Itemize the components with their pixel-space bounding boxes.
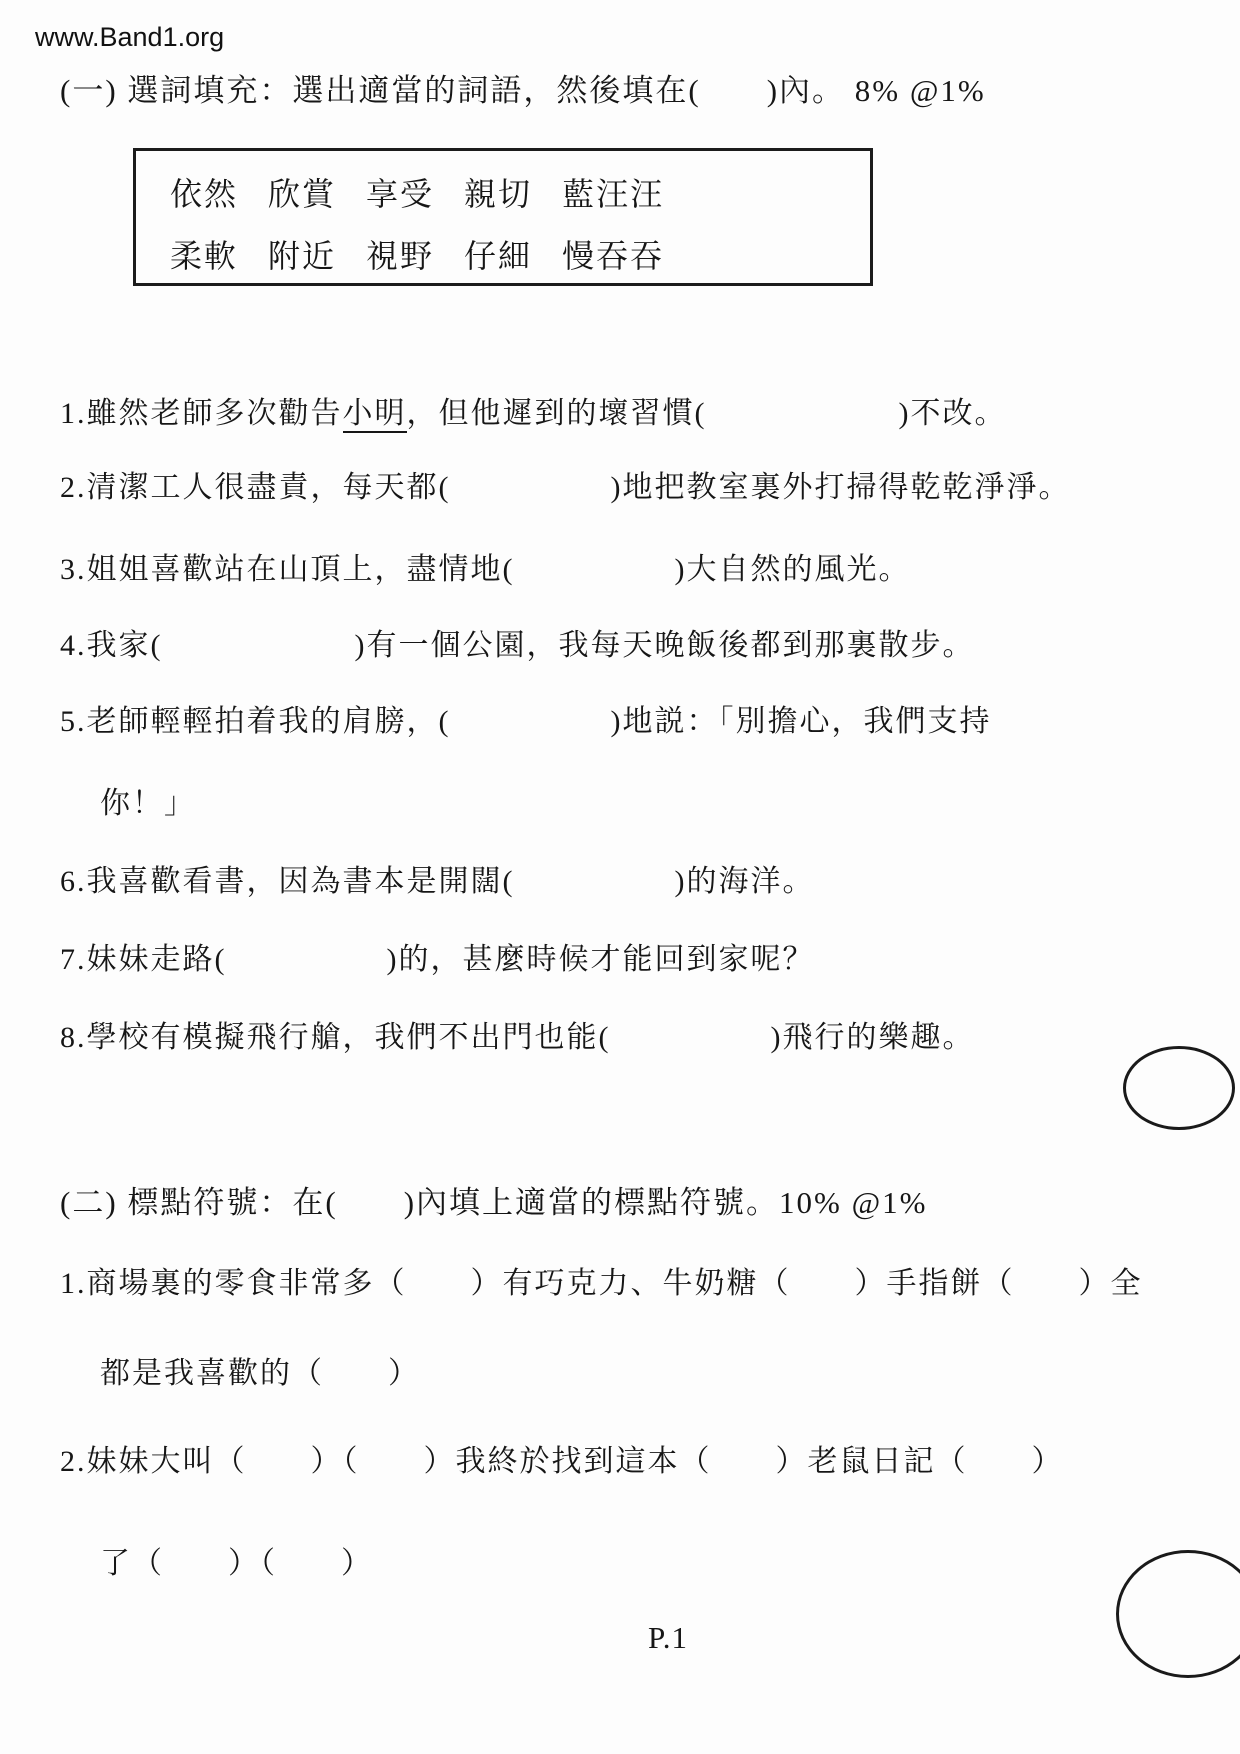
- question-6: 6.我喜歡看書，因為書本是開闊( )的海洋。: [60, 864, 814, 900]
- page-number: P.1: [648, 1620, 688, 1656]
- worksheet-page: www.Band1.org (一) 選詞填充：選出適當的詞語，然後填在( )內。…: [0, 0, 1240, 1754]
- word-bank-box: 依然 欣賞 享受 親切 藍汪汪 柔軟 附近 視野 仔細 慢吞吞: [133, 148, 873, 286]
- word-bank-word: 親切: [464, 169, 532, 215]
- section2-question-1-line-1: 1.商場裏的零食非常多（ ）有巧克力、牛奶糖（ ）手指餅（ ）全: [60, 1266, 1143, 1302]
- word-bank-word: 慢吞吞: [562, 231, 664, 277]
- question-1-text-pre: 1.雖然老師多次勸告: [60, 397, 343, 430]
- section2-question-1-line-2: 都是我喜歡的（ ）: [100, 1356, 420, 1392]
- question-1: 1.雖然老師多次勸告小明，但他遲到的壞習慣( )不改。: [60, 396, 1006, 432]
- question-5-line-2: 你！」: [100, 786, 196, 822]
- word-bank-word: 欣賞: [268, 169, 336, 215]
- question-2: 2.清潔工人很盡責，每天都( )地把教室裏外打掃得乾乾淨淨。: [60, 470, 1070, 506]
- question-1-underlined-name: 小明: [343, 397, 407, 433]
- word-bank-word: 依然: [170, 169, 238, 215]
- question-7: 7.妹妹走路( )的，甚麼時候才能回到家呢？: [60, 942, 814, 978]
- section2-heading: (二) 標點符號：在( )內填上適當的標點符號。10% @1%: [60, 1184, 928, 1221]
- score-circle-icon: [1116, 1550, 1240, 1678]
- section2-question-2-line-2: 了（ ）（ ）: [100, 1546, 373, 1582]
- word-bank-word: 視野: [366, 231, 434, 277]
- word-bank-row-2: 柔軟 附近 視野 仔細 慢吞吞: [170, 231, 664, 277]
- word-bank-word: 附近: [268, 231, 336, 277]
- question-3: 3.姐姐喜歡站在山頂上，盡情地( )大自然的風光。: [60, 552, 910, 588]
- word-bank-word: 柔軟: [170, 231, 238, 277]
- question-8: 8.學校有模擬飛行艙，我們不出門也能( )飛行的樂趣。: [60, 1020, 974, 1056]
- word-bank-word: 仔細: [464, 231, 532, 277]
- section1-heading: (一) 選詞填充：選出適當的詞語，然後填在( )內。 8% @1%: [60, 72, 986, 109]
- word-bank-word: 藍汪汪: [562, 169, 664, 215]
- word-bank-row-1: 依然 欣賞 享受 親切 藍汪汪: [170, 169, 664, 215]
- question-4: 4.我家( )有一個公園，我每天晚飯後都到那裏散步。: [60, 628, 974, 664]
- question-1-text-post: ，但他遲到的壞習慣( )不改。: [407, 397, 1007, 430]
- score-circle-icon: [1123, 1046, 1235, 1130]
- website-watermark: www.Band1.org: [35, 22, 224, 53]
- question-5-line-1: 5.老師輕輕拍着我的肩膀，( )地説：「別擔心，我們支持: [60, 704, 991, 740]
- word-bank-word: 享受: [366, 169, 434, 215]
- section2-question-2-line-1: 2.妹妹大叫（ ）（ ）我終於找到這本（ ）老鼠日記（ ）: [60, 1444, 1064, 1480]
